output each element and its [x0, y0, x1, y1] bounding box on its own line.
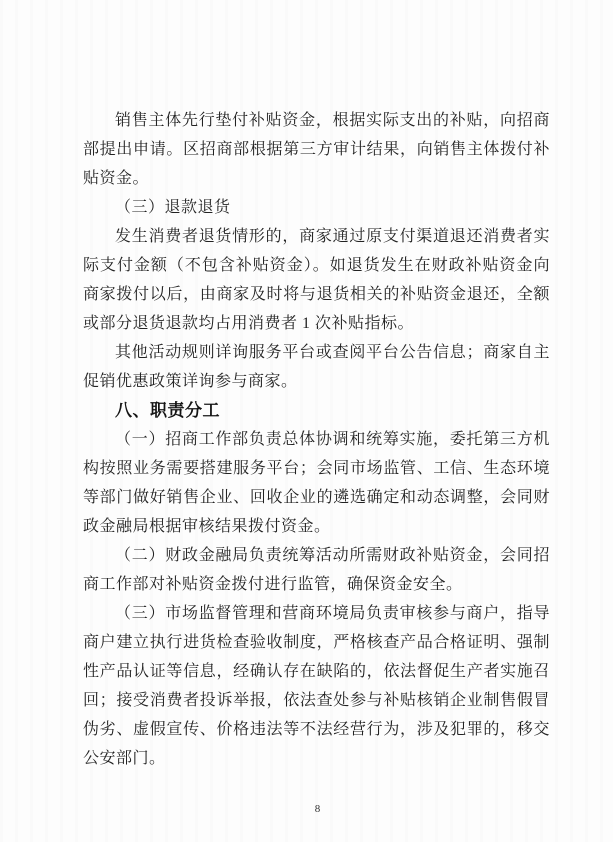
page-number: 8 [0, 803, 613, 815]
paragraph-line: 部提出申请。区招商部根据第三方审计结果，向销售主体拨付补 [83, 135, 550, 164]
paragraph-line: 性产品认证等信息，经确认存在缺陷的，依法督促生产者实施召 [83, 657, 550, 686]
paragraph-line: 销售主体先行垫付补贴资金，根据实际支出的补贴，向招商 [83, 106, 550, 135]
document-page: 销售主体先行垫付补贴资金，根据实际支出的补贴，向招商 部提出申请。区招商部根据第… [0, 0, 613, 842]
paragraph-line: 等部门做好销售企业、回收企业的遴选确定和动态调整，会同财 [83, 483, 550, 512]
paragraph-line: 其他活动规则详询服务平台或查阅平台公告信息；商家自主 [83, 338, 550, 367]
paragraph-line: 商工作部对补贴资金拨付进行监管，确保资金安全。 [83, 570, 550, 599]
section-heading-duties: 八、职责分工 [83, 396, 550, 425]
paragraph-line: 贴资金。 [83, 164, 550, 193]
paragraph-line: 伪劣、虚假宣传、价格违法等不法经营行为，涉及犯罪的，移交 [83, 715, 550, 744]
paragraph-line: 际支付金额（不包含补贴资金）。如退货发生在财政补贴资金向 [83, 251, 550, 280]
paragraph-line: 政金融局根据审核结果拨付资金。 [83, 512, 550, 541]
paragraph-line: 或部分退货退款均占用消费者 1 次补贴指标。 [83, 309, 550, 338]
paragraph-line: 促销优惠政策详询参与商家。 [83, 367, 550, 396]
paragraph-line: （二）财政金融局负责统筹活动所需财政补贴资金，会同招 [83, 541, 550, 570]
document-body: 销售主体先行垫付补贴资金，根据实际支出的补贴，向招商 部提出申请。区招商部根据第… [83, 106, 550, 773]
paragraph-line: 构按照业务需要搭建服务平台；会同市场监管、工信、生态环境 [83, 454, 550, 483]
subsection-heading-refund-return: （三）退款退货 [83, 193, 550, 222]
paragraph-line: 商户建立执行进货检查验收制度，严格核查产品合格证明、强制 [83, 628, 550, 657]
paragraph-line: 商家拨付以后，由商家及时将与退货相关的补贴资金退还，全额 [83, 280, 550, 309]
paragraph-line: （一）招商工作部负责总体协调和统筹实施，委托第三方机 [83, 425, 550, 454]
paragraph-line: 发生消费者退货情形的，商家通过原支付渠道退还消费者实 [83, 222, 550, 251]
page-number-value: 8 [293, 803, 321, 815]
paragraph-line: （三）市场监督管理和营商环境局负责审核参与商户，指导 [83, 599, 550, 628]
paragraph-line: 回；接受消费者投诉举报，依法查处参与补贴核销企业制售假冒 [83, 686, 550, 715]
paragraph-line: 公安部门。 [83, 744, 550, 773]
